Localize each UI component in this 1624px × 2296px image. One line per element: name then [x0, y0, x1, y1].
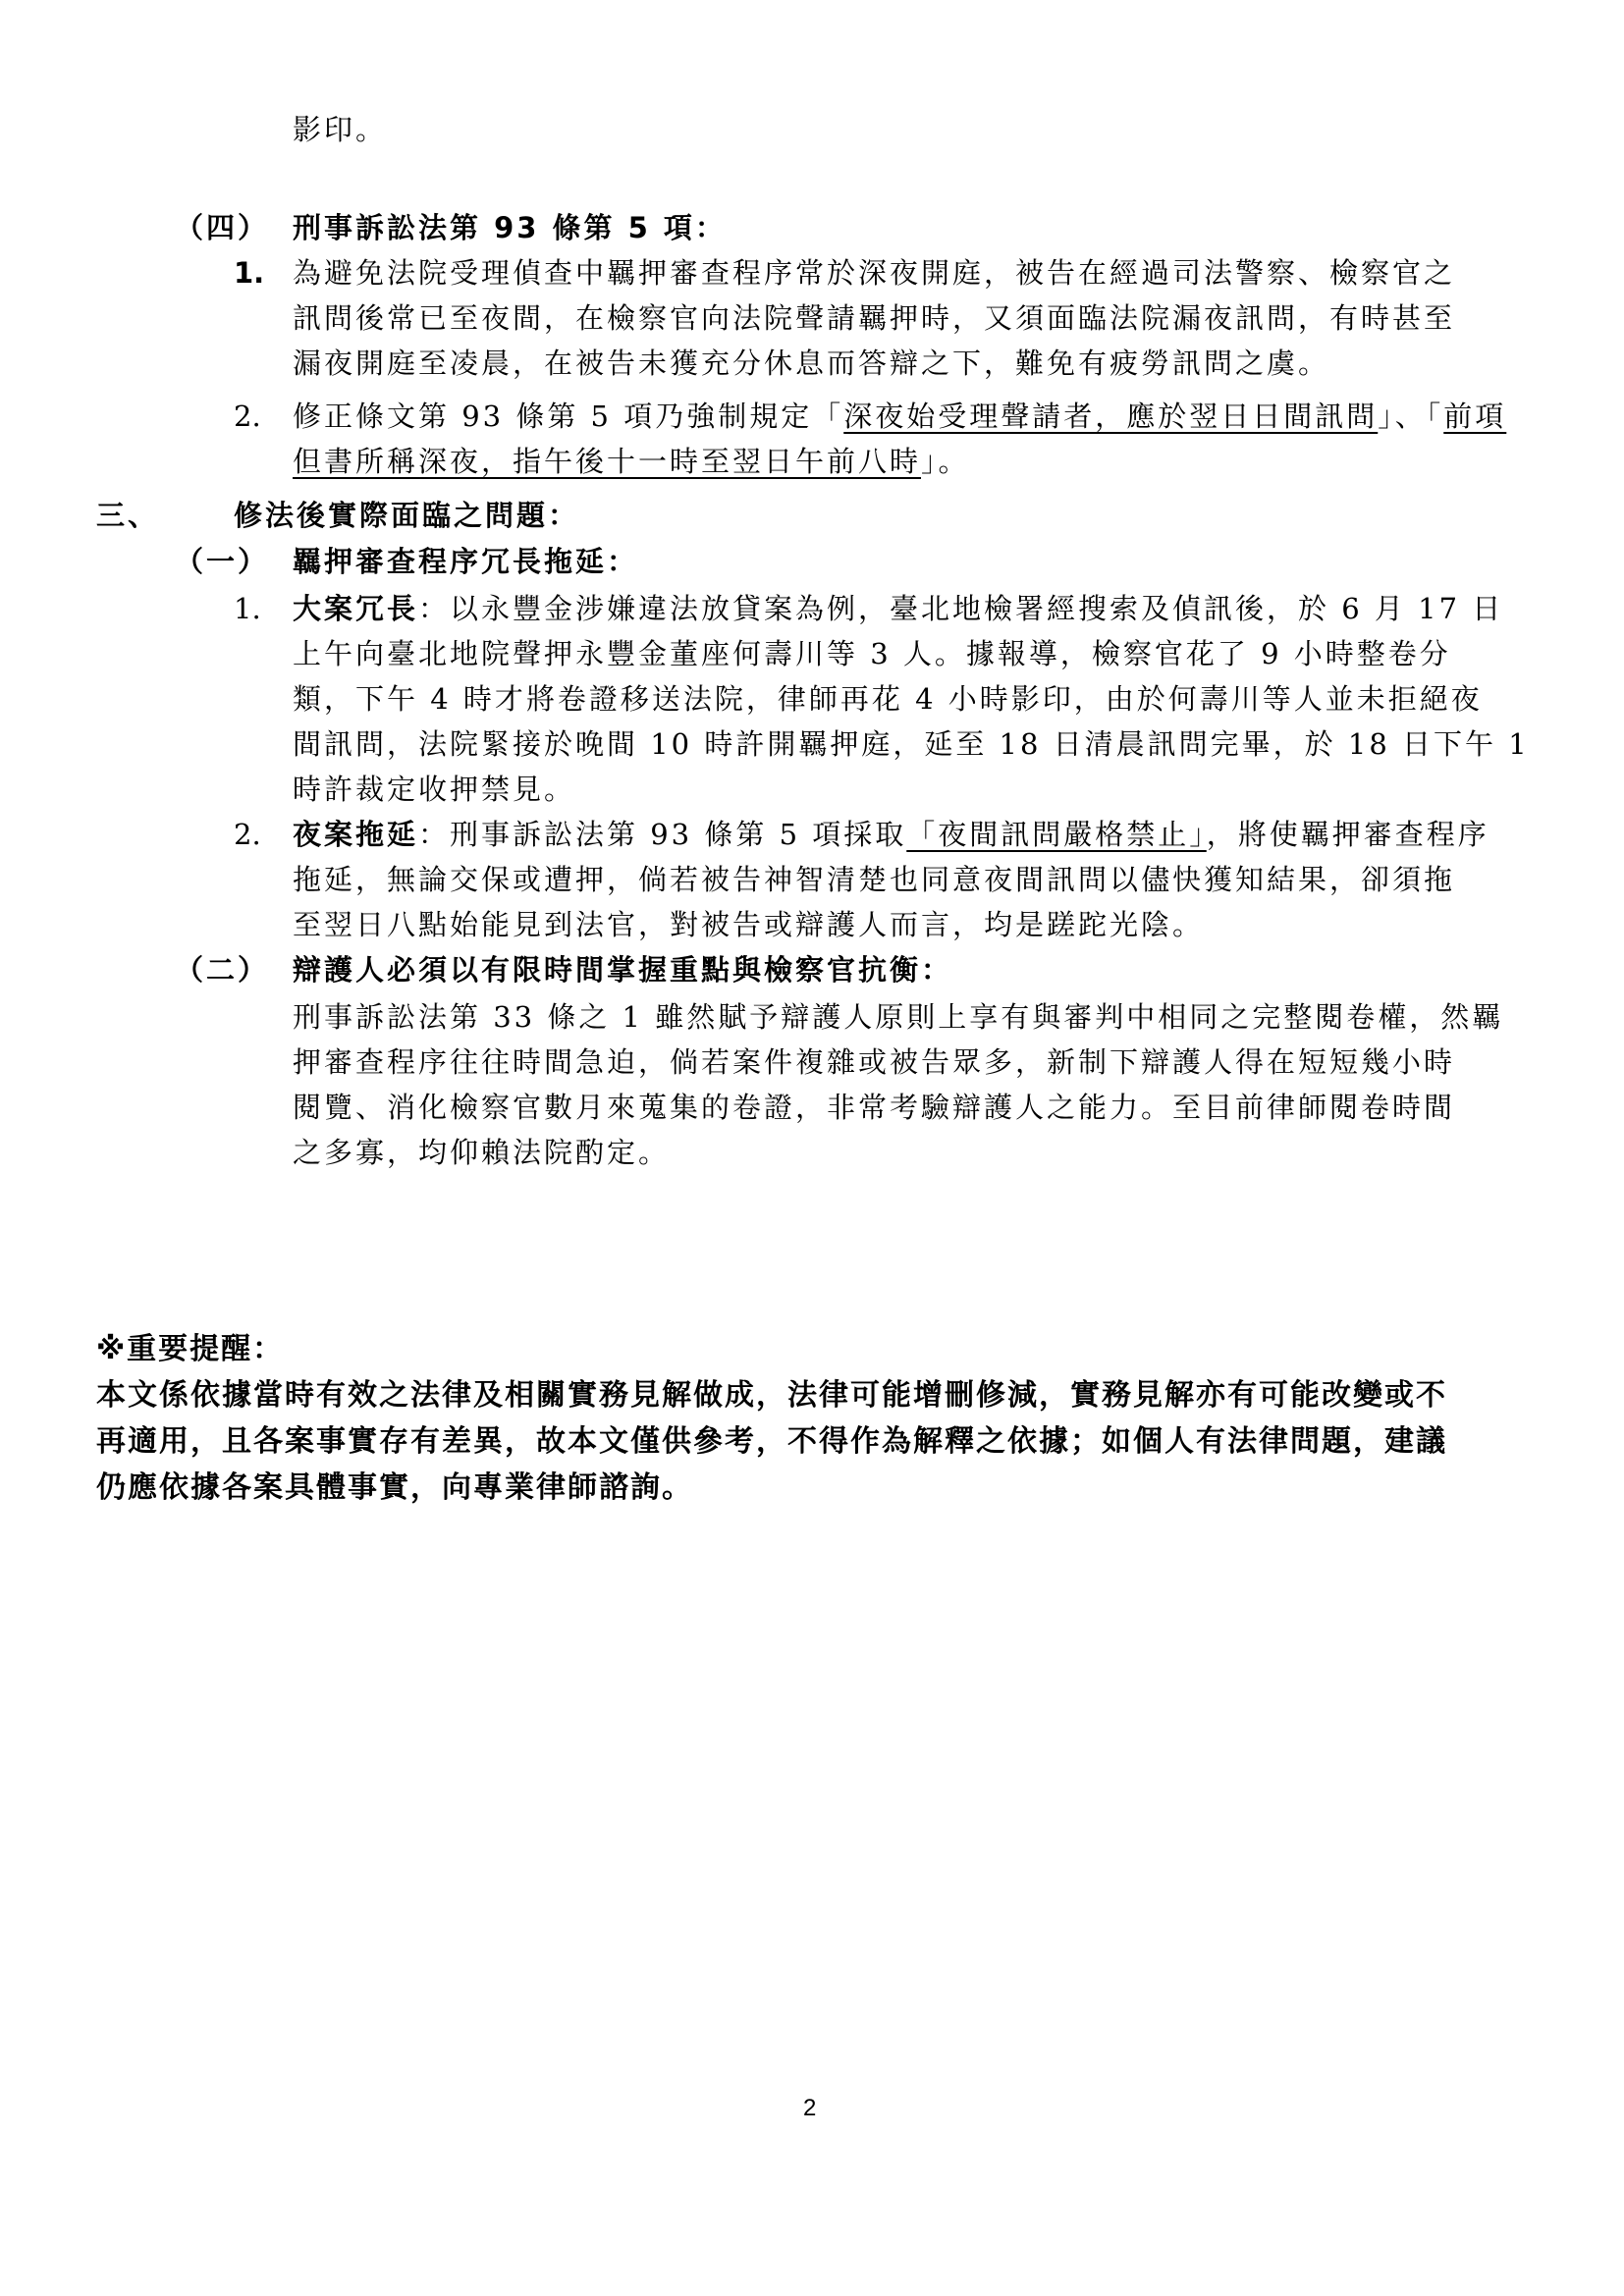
paragraph-line: 大案冗長：以永豐金涉嫌違法放貸案為例，臺北地檢署經搜索及偵訊後，於 6 月 17…	[293, 589, 1503, 628]
text: 」。	[921, 445, 970, 478]
item-label: 夜案拖延	[293, 818, 418, 851]
paragraph-line: 刑事訴訟法第 33 條之 1 雖然賦予辯護人原則上享有與審判中相同之完整閱卷權，…	[293, 997, 1503, 1037]
paragraph-line: 但書所稱深夜，指午後十一時至翌日午前八時」。	[293, 442, 970, 481]
text: ：以永豐金涉嫌違法放貸案為例，臺北地檢署經搜索及偵訊後，於 6 月 17 日	[418, 592, 1503, 625]
paragraph-line: 時許裁定收押禁見。	[293, 770, 575, 809]
text: ，將使羈押審查程序	[1207, 818, 1489, 851]
item-label: 大案冗長	[293, 592, 418, 625]
paragraph-line: 拖延，無論交保或遭押，倘若被告神智清楚也同意夜間訊問以儘快獲知結果，卻須拖	[293, 860, 1455, 899]
page-number: 2	[803, 2095, 816, 2122]
paragraph-line: 漏夜開庭至凌晨，在被告未獲充分休息而答辯之下，難免有疲勞訊問之虞。	[293, 344, 1329, 383]
item-number: 1.	[234, 589, 261, 628]
reminder-line: 本文係依據當時有效之法律及相關實務見解做成，法律可能增刪修減，實務見解亦有可能改…	[96, 1376, 1447, 1415]
paragraph-line: 類，下午 4 時才將卷證移送法院，律師再花 4 小時影印，由於何壽川等人並未拒絕…	[293, 679, 1483, 719]
section-4-marker: （四）	[175, 208, 269, 247]
paragraph-line: 為避免法院受理偵查中羈押審查程序常於深夜開庭，被告在經過司法警察、檢察官之	[293, 253, 1455, 293]
reminder-line: 仍應依據各案具體事實，向專業律師諮詢。	[96, 1468, 693, 1508]
item-number: 2.	[234, 815, 261, 854]
item-number: 1.	[234, 253, 264, 293]
reminder-title: ※重要提醒：	[96, 1330, 284, 1369]
underlined-quote: 前項	[1443, 400, 1506, 433]
underlined-quote: 但書所稱深夜，指午後十一時至翌日午前八時	[293, 445, 921, 478]
paragraph-line: 押審查程序往往時間急迫，倘若案件複雜或被告眾多，新制下辯護人得在短短幾小時	[293, 1042, 1455, 1082]
subsection-1-marker: （一）	[175, 542, 269, 581]
text: 」、「	[1378, 400, 1443, 433]
section-3-title: 修法後實際面臨之問題：	[234, 496, 579, 535]
paragraph-line: 上午向臺北地院聲押永豐金董座何壽川等 3 人。據報導，檢察官花了 9 小時整卷分	[293, 634, 1451, 673]
paragraph-line: 訊問後常已至夜間，在檢察官向法院聲請羈押時，又須面臨法院漏夜訊問，有時甚至	[293, 298, 1455, 338]
paragraph-line: 閱覽、消化檢察官數月來蒐集的卷證，非常考驗辯護人之能力。至目前律師閱卷時間	[293, 1088, 1455, 1127]
underlined-quote: 深夜始受理聲請者，應於翌日日間訊問	[843, 400, 1378, 433]
section-3-marker: 三、	[96, 496, 159, 535]
section-4-title: 刑事訴訟法第 93 條第 5 項：	[293, 208, 727, 247]
item-number: 2.	[234, 397, 261, 436]
continuation-text: 影印。	[293, 110, 387, 149]
subsection-1-title: 羈押審查程序冗長拖延：	[293, 542, 638, 581]
reminder-line: 再適用，且各案事實存有差異，故本文僅供參考，不得作為解釋之依據；如個人有法律問題…	[96, 1422, 1447, 1462]
text: 修正條文第 93 條第 5 項乃強制規定「	[293, 400, 843, 433]
paragraph-line: 至翌日八點始能見到法官，對被告或辯護人而言，均是蹉跎光陰。	[293, 905, 1204, 944]
paragraph-line: 修正條文第 93 條第 5 項乃強制規定「深夜始受理聲請者，應於翌日日間訊問」、…	[293, 397, 1506, 436]
text: ：刑事訴訟法第 93 條第 5 項採取	[418, 818, 906, 851]
underlined-quote: 「夜間訊問嚴格禁止」	[906, 818, 1207, 851]
paragraph-line: 夜案拖延：刑事訴訟法第 93 條第 5 項採取「夜間訊問嚴格禁止」，將使羈押審查…	[293, 815, 1489, 854]
subsection-2-title: 辯護人必須以有限時間掌握重點與檢察官抗衡：	[293, 950, 952, 989]
subsection-2-marker: （二）	[175, 950, 269, 989]
paragraph-line: 之多寡，均仰賴法院酌定。	[293, 1133, 670, 1172]
paragraph-line: 間訊問，法院緊接於晚間 10 時許開羈押庭，延至 18 日清晨訊問完畢，於 18…	[293, 724, 1530, 764]
